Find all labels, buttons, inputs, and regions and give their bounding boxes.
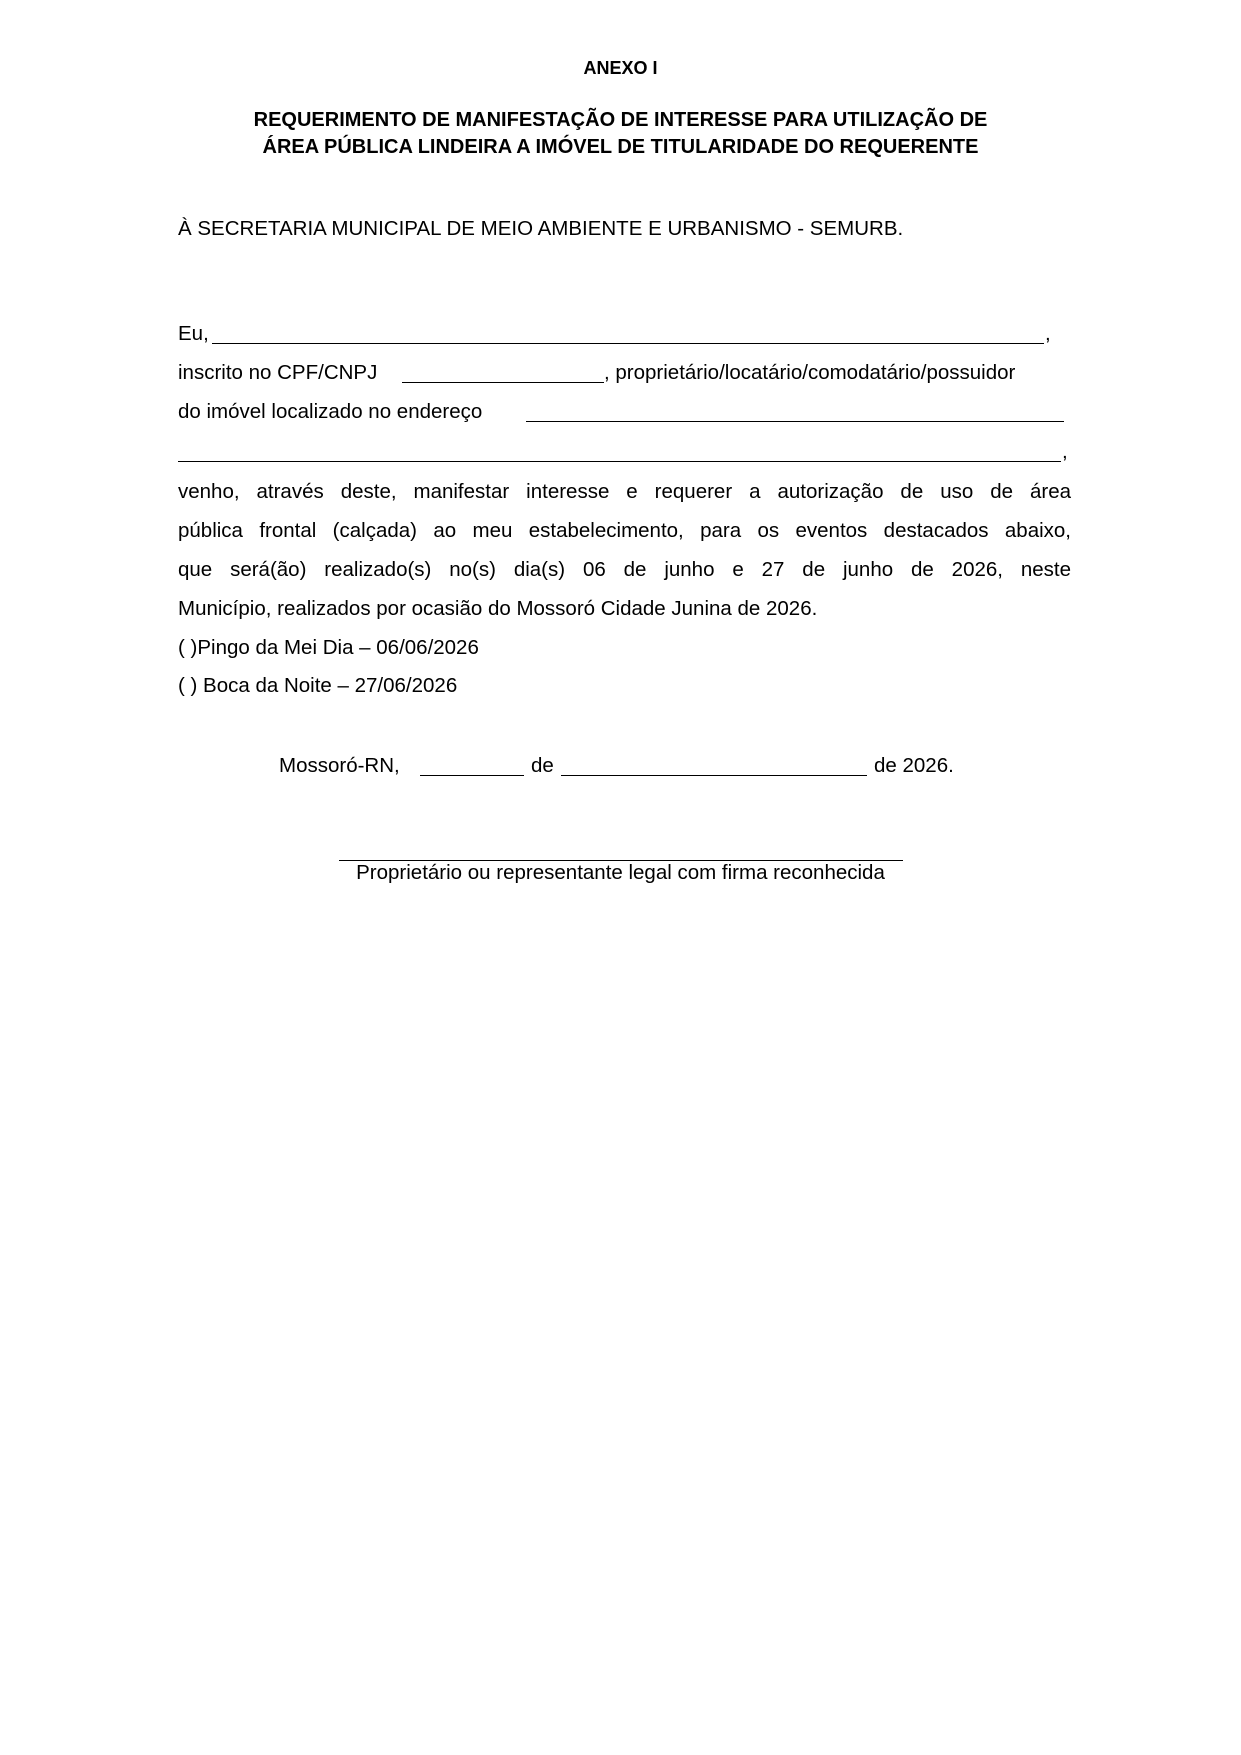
name-comma: ,: [1045, 322, 1051, 346]
option-label: Pingo da Mei Dia – 06/06/2026: [197, 636, 479, 659]
signature-field[interactable]: [339, 842, 903, 861]
cpf-label: inscrito no CPF/CNPJ: [178, 361, 377, 385]
option-checkbox[interactable]: ( ): [178, 636, 197, 659]
title-line-1: REQUERIMENTO DE MANIFESTAÇÃO DE INTERESS…: [0, 109, 1241, 132]
date-place: Mossoró-RN,: [279, 754, 400, 778]
addressee: À SECRETARIA MUNICIPAL DE MEIO AMBIENTE …: [178, 217, 903, 241]
address-comma: ,: [1062, 440, 1068, 464]
body-line-3: que será(ão) realizado(s) no(s) dia(s) 0…: [178, 558, 1071, 582]
address-label: do imóvel localizado no endereço: [178, 400, 482, 424]
option-checkbox[interactable]: ( ): [178, 674, 197, 697]
body-line-2: pública frontal (calçada) ao meu estabel…: [178, 519, 1071, 543]
title-line-2: ÁREA PÚBLICA LINDEIRA A IMÓVEL DE TITULA…: [0, 136, 1241, 159]
date-day-field[interactable]: [420, 755, 524, 776]
address-field[interactable]: [526, 401, 1064, 422]
body-line-1: venho, através deste, manifestar interes…: [178, 480, 1071, 504]
cpf-cnpj-field[interactable]: [402, 362, 604, 383]
signature-caption: Proprietário ou representante legal com …: [0, 861, 1241, 885]
option-boca-da-noite[interactable]: ( ) Boca da Noite – 27/06/2026: [178, 674, 457, 698]
date-de: de: [531, 754, 554, 778]
name-label: Eu,: [178, 322, 209, 346]
cpf-suffix: , proprietário/locatário/comodatário/pos…: [604, 361, 1015, 385]
date-month-field[interactable]: [561, 755, 867, 776]
name-field[interactable]: [212, 323, 1044, 344]
document-page: ANEXO I REQUERIMENTO DE MANIFESTAÇÃO DE …: [0, 0, 1241, 1755]
body-line-4: Município, realizados por ocasião do Mos…: [178, 597, 817, 621]
date-year: de 2026.: [874, 754, 954, 778]
option-pingo-da-mei-dia[interactable]: ( )Pingo da Mei Dia – 06/06/2026: [178, 636, 479, 660]
option-label: Boca da Noite – 27/06/2026: [197, 674, 457, 697]
annex-heading: ANEXO I: [0, 58, 1241, 79]
address-field-continued[interactable]: [178, 441, 1061, 462]
